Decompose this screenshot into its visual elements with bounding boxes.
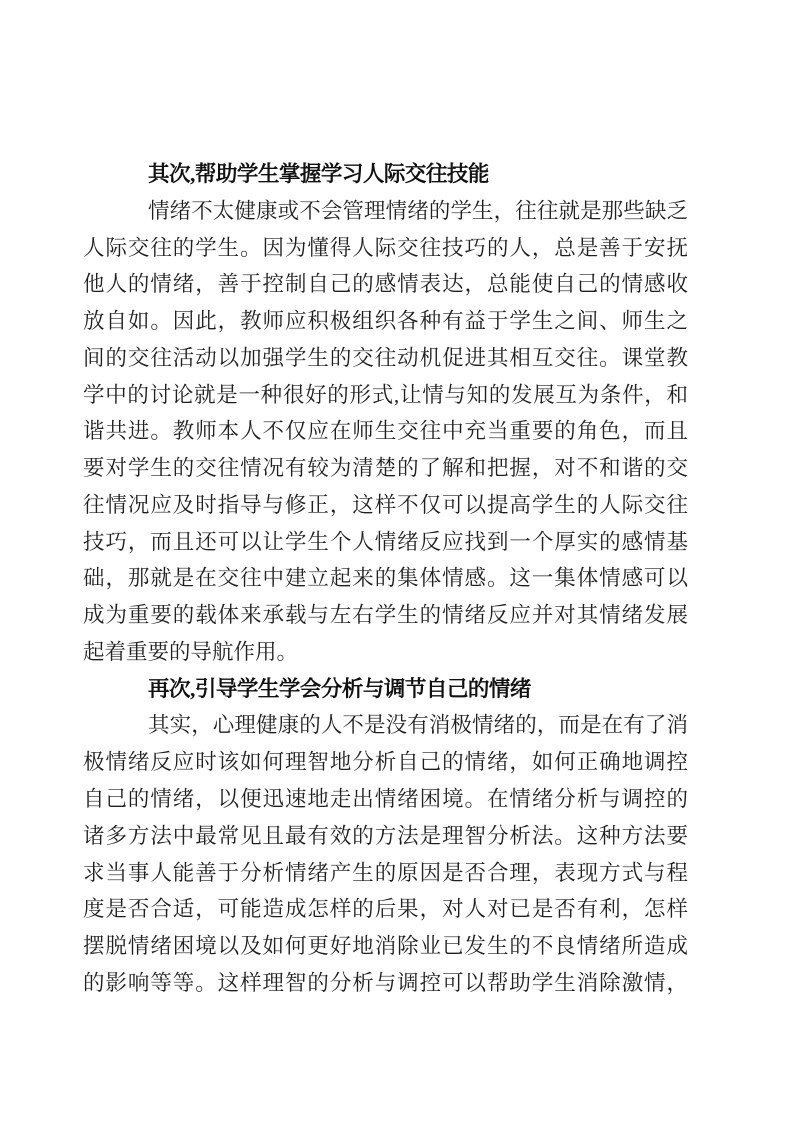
document-line: 技巧，而且还可以让学生个人情绪反应找到一个厚实的感情基 bbox=[83, 524, 688, 561]
document-line: 往情况应及时指导与修正，这样不仅可以提高学生的人际交往 bbox=[83, 487, 688, 524]
document-line: 他人的情绪，善于控制自己的感情表达，总能使自己的情感收 bbox=[83, 266, 688, 303]
document-line: 放自如。因此，教师应积极组织各种有益于学生之间、师生之 bbox=[83, 303, 688, 340]
document-line: 摆脱情绪困境以及如何更好地消除业已发生的不良情绪所造成 bbox=[83, 928, 688, 965]
document-line: 起着重要的导航作用。 bbox=[83, 634, 688, 671]
document-line: 谐共进。教师本人不仅应在师生交往中充当重要的角色，而且 bbox=[83, 413, 688, 450]
document-line: 诸多方法中最常见且最有效的方法是理智分析法。这种方法要 bbox=[83, 818, 688, 855]
section-heading: 其次,帮助学生掌握学习人际交往技能 bbox=[83, 156, 688, 193]
document-body: 其次,帮助学生掌握学习人际交往技能情绪不太健康或不会管理情绪的学生，往往就是那些… bbox=[83, 156, 688, 1002]
document-line: 学中的讨论就是一种很好的形式,让情与知的发展互为条件，和 bbox=[83, 377, 688, 414]
document-page: 其次,帮助学生掌握学习人际交往技能情绪不太健康或不会管理情绪的学生，往往就是那些… bbox=[0, 0, 793, 1122]
document-line: 情绪不太健康或不会管理情绪的学生，往往就是那些缺乏 bbox=[83, 193, 688, 230]
document-line: 要对学生的交往情况有较为清楚的了解和把握，对不和谐的交 bbox=[83, 450, 688, 487]
document-line: 的影响等等。这样理智的分析与调控可以帮助学生消除激情， bbox=[83, 965, 688, 1002]
document-line: 自己的情绪，以便迅速地走出情绪困境。在情绪分析与调控的 bbox=[83, 781, 688, 818]
section-heading: 再次,引导学生学会分析与调节自己的情绪 bbox=[83, 671, 688, 708]
document-line: 其实，心理健康的人不是没有消极情绪的，而是在有了消 bbox=[83, 707, 688, 744]
document-line: 极情绪反应时该如何理智地分析自己的情绪，如何正确地调控 bbox=[83, 744, 688, 781]
document-line: 度是否合适，可能造成怎样的后果，对人对已是否有利，怎样 bbox=[83, 891, 688, 928]
document-line: 成为重要的载体来承载与左右学生的情绪反应并对其情绪发展 bbox=[83, 597, 688, 634]
document-line: 础，那就是在交往中建立起来的集体情感。这一集体情感可以 bbox=[83, 560, 688, 597]
document-line: 人际交往的学生。因为懂得人际交往技巧的人，总是善于安抚 bbox=[83, 230, 688, 267]
document-line: 间的交往活动以加强学生的交往动机促进其相互交往。课堂教 bbox=[83, 340, 688, 377]
document-line: 求当事人能善于分析情绪产生的原因是否合理，表现方式与程 bbox=[83, 855, 688, 892]
